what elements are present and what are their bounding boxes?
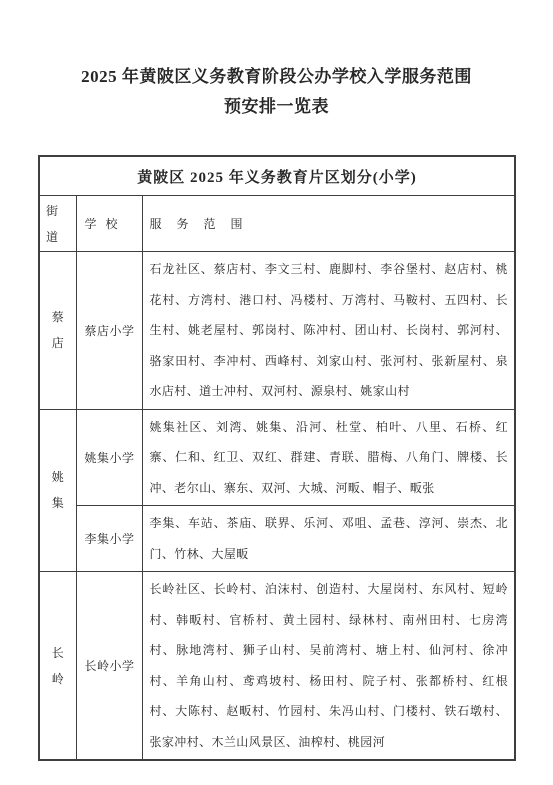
- school-cell-yaoji: 姚集小学: [76, 409, 142, 506]
- street-cell-yaoji: 姚集: [39, 409, 76, 572]
- document-title-line1: 2025 年黄陂区义务教育阶段公办学校入学服务范围: [0, 62, 553, 92]
- table-caption: 黄陂区 2025 年义务教育片区划分(小学): [39, 156, 515, 196]
- document-title-line2: 预安排一览表: [0, 92, 553, 122]
- document-title: 2025 年黄陂区义务教育阶段公办学校入学服务范围 预安排一览表: [0, 62, 553, 122]
- header-school: 学 校: [76, 196, 142, 252]
- table-row-yaoji: 姚集 姚集小学 姚集社区、刘湾、姚集、沿河、杜堂、柏叶、八里、石桥、红寨、仁和、…: [39, 409, 515, 506]
- street-label-caidian: 蔡店: [52, 304, 64, 356]
- header-street-label: 街道: [46, 198, 58, 250]
- school-cell-caidian: 蔡店小学: [76, 252, 142, 410]
- table-row-liji: 李集小学 李集、车站、茶庙、联界、乐河、邓咀、孟巷、淳河、崇杰、北门、竹林、大屋…: [39, 506, 515, 572]
- zoning-table-container: 黄陂区 2025 年义务教育片区划分(小学) 街道 学 校 服 务 范 围 蔡店…: [38, 155, 516, 761]
- street-cell-caidian: 蔡店: [39, 252, 76, 410]
- school-cell-liji: 李集小学: [76, 506, 142, 572]
- zoning-table: 黄陂区 2025 年义务教育片区划分(小学) 街道 学 校 服 务 范 围 蔡店…: [38, 155, 516, 761]
- range-cell-changling: 长岭社区、长岭村、泊沫村、创造村、大屋岗村、东风村、短岭村、韩畈村、官桥村、黄土…: [142, 572, 515, 761]
- street-label-changling: 长岭: [52, 640, 64, 692]
- range-cell-caidian: 石龙社区、蔡店村、李文三村、鹿脚村、李谷堡村、赵店村、桃花村、方湾村、港口村、冯…: [142, 252, 515, 410]
- table-caption-row: 黄陂区 2025 年义务教育片区划分(小学): [39, 156, 515, 196]
- street-cell-changling: 长岭: [39, 572, 76, 761]
- table-header-row: 街道 学 校 服 务 范 围: [39, 196, 515, 252]
- street-label-yaoji: 姚集: [52, 464, 64, 516]
- header-street: 街道: [39, 196, 76, 252]
- document-page: 2025 年黄陂区义务教育阶段公办学校入学服务范围 预安排一览表 黄陂区 202…: [0, 0, 553, 785]
- table-row-caidian: 蔡店 蔡店小学 石龙社区、蔡店村、李文三村、鹿脚村、李谷堡村、赵店村、桃花村、方…: [39, 252, 515, 410]
- range-cell-yaoji: 姚集社区、刘湾、姚集、沿河、杜堂、柏叶、八里、石桥、红寨、仁和、红卫、双红、群建…: [142, 409, 515, 506]
- range-cell-liji: 李集、车站、茶庙、联界、乐河、邓咀、孟巷、淳河、崇杰、北门、竹林、大屋畈: [142, 506, 515, 572]
- table-row-changling: 长岭 长岭小学 长岭社区、长岭村、泊沫村、创造村、大屋岗村、东风村、短岭村、韩畈…: [39, 572, 515, 761]
- school-cell-changling: 长岭小学: [76, 572, 142, 761]
- header-range: 服 务 范 围: [142, 196, 515, 252]
